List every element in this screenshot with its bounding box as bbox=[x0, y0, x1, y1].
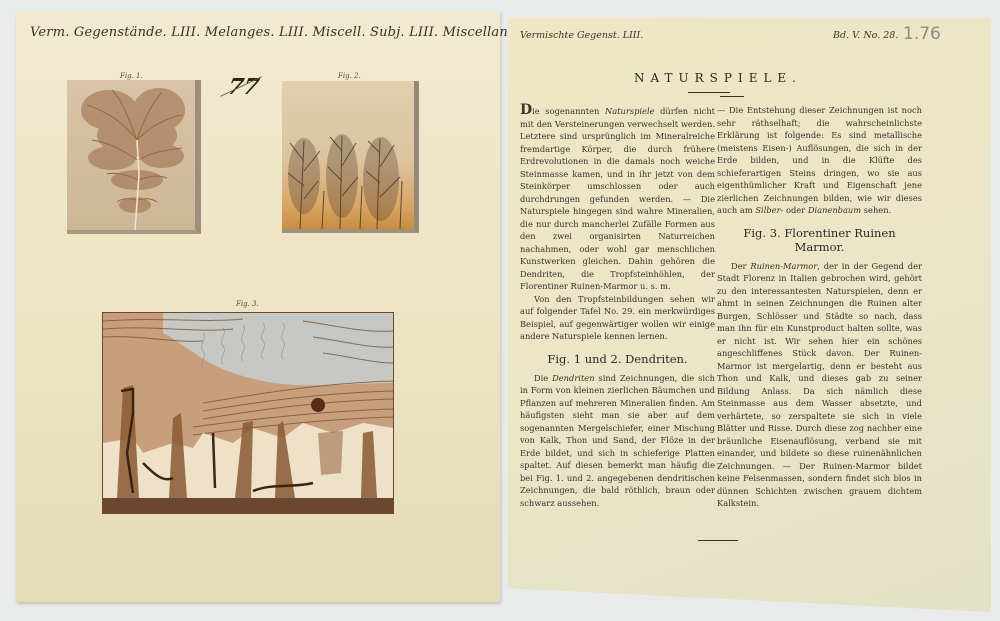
running-header-right: Bd. V. No. 28. bbox=[833, 30, 898, 41]
fig-1-label: Fig. 1. bbox=[120, 72, 143, 80]
section-heading-ruinen-marmor: Fig. 3. Florentiner Ruinen Marmor. bbox=[717, 226, 922, 254]
plate-number: 77 bbox=[225, 74, 261, 100]
column-rule bbox=[720, 96, 744, 97]
page-title: NATURSPIELE. bbox=[508, 71, 928, 85]
intro-paragraph: Die sogenannten Naturspiele dürfen nicht… bbox=[520, 104, 715, 293]
text-column-right: — Die Entstehung dieser Zeichnungen ist … bbox=[717, 104, 922, 510]
ruin-marble-illustration bbox=[103, 313, 393, 513]
fig-3-label: Fig. 3. bbox=[236, 300, 259, 308]
fig-1-dendrite-tree-image bbox=[67, 80, 201, 234]
fig-2-label: Fig. 2. bbox=[338, 72, 361, 80]
dendrite-tree-illustration bbox=[67, 80, 195, 230]
pencil-annotation: 1.76 bbox=[903, 24, 941, 44]
running-header-left: Vermischte Gegenst. LIII. bbox=[520, 30, 643, 41]
title-rule bbox=[688, 92, 730, 93]
tropfstein-paragraph: Von den Tropfsteinbildungen sehen wir au… bbox=[520, 293, 715, 343]
entstehung-paragraph: — Die Entstehung dieser Zeichnungen ist … bbox=[717, 104, 922, 217]
drop-cap: D bbox=[520, 102, 532, 118]
right-page-text: Vermischte Gegenst. LIII. Bd. V. No. 28.… bbox=[508, 18, 991, 612]
text-column-left: Die sogenannten Naturspiele dürfen nicht… bbox=[520, 104, 715, 509]
end-rule bbox=[698, 540, 738, 541]
section-heading-dendriten: Fig. 1 und 2. Dendriten. bbox=[520, 352, 715, 366]
plate-header: Verm. Gegenstände. LIII. Melanges. LIII.… bbox=[30, 25, 557, 40]
dendrite-shrubs-illustration bbox=[282, 81, 414, 229]
ruinen-marmor-paragraph: Der Ruinen-Marmor, der in der Gegend der… bbox=[717, 260, 922, 510]
fig-3-ruin-marble-image bbox=[102, 312, 394, 514]
left-page-plate: Verm. Gegenstände. LIII. Melanges. LIII.… bbox=[16, 12, 500, 602]
fig-2-dendrite-shrubs-image bbox=[282, 81, 419, 233]
dendriten-paragraph: Die Dendriten sind Zeichnungen, die sich… bbox=[520, 372, 715, 510]
